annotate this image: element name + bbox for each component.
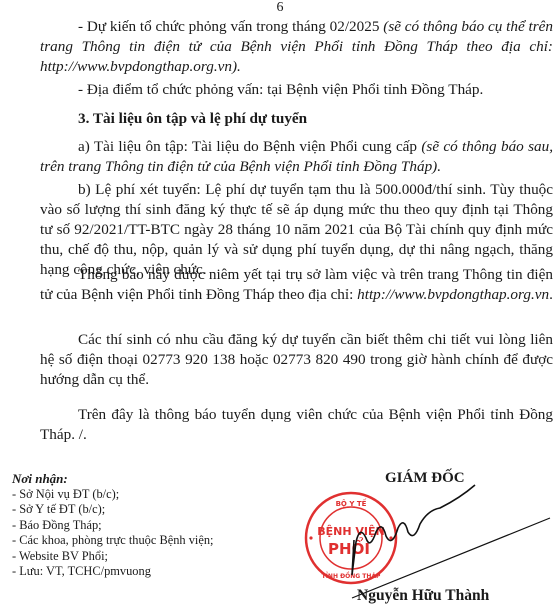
closing-paragraph: Trên đây là thông báo tuyển dụng viên ch… [40,405,553,445]
recipients-title: Nơi nhận: [12,471,213,487]
page-number: 6 [0,0,560,16]
study-materials-paragraph: a) Tài liệu ôn tập: Tài liệu do Bệnh việ… [40,137,553,177]
interview-schedule-paragraph: - Dự kiến tổ chức phỏng vấn trong tháng … [40,17,553,77]
recipients-block: Nơi nhận: - Sở Nội vụ ĐT (b/c); - Sở Y t… [12,471,213,580]
handwritten-signature-icon [340,480,560,600]
signer-name: Nguyễn Hữu Thành [357,587,489,605]
recipient-item: - Website BV Phổi; [12,549,213,565]
recipient-item: - Sở Y tế ĐT (b/c); [12,502,213,518]
recipient-item: - Các khoa, phòng trực thuộc Bệnh viện; [12,533,213,549]
recipient-item: - Báo Đồng Tháp; [12,518,213,534]
interview-location-paragraph: - Địa điểm tổ chức phỏng vấn: tại Bệnh v… [40,80,553,100]
posting-paragraph: Thông báo này được niêm yết tại trụ sở l… [40,265,553,305]
recipient-item: - Lưu: VT, TCHC/pmvuong [12,564,213,580]
section-3-heading: 3. Tài liệu ôn tập và lệ phí dự tuyển [40,109,553,129]
contact-paragraph: Các thí sinh có nhu cầu đăng ký dự tuyển… [40,330,553,390]
recipient-item: - Sở Nội vụ ĐT (b/c); [12,487,213,503]
website-link[interactable]: http://www.bvpdongthap.org.vn [357,286,549,303]
